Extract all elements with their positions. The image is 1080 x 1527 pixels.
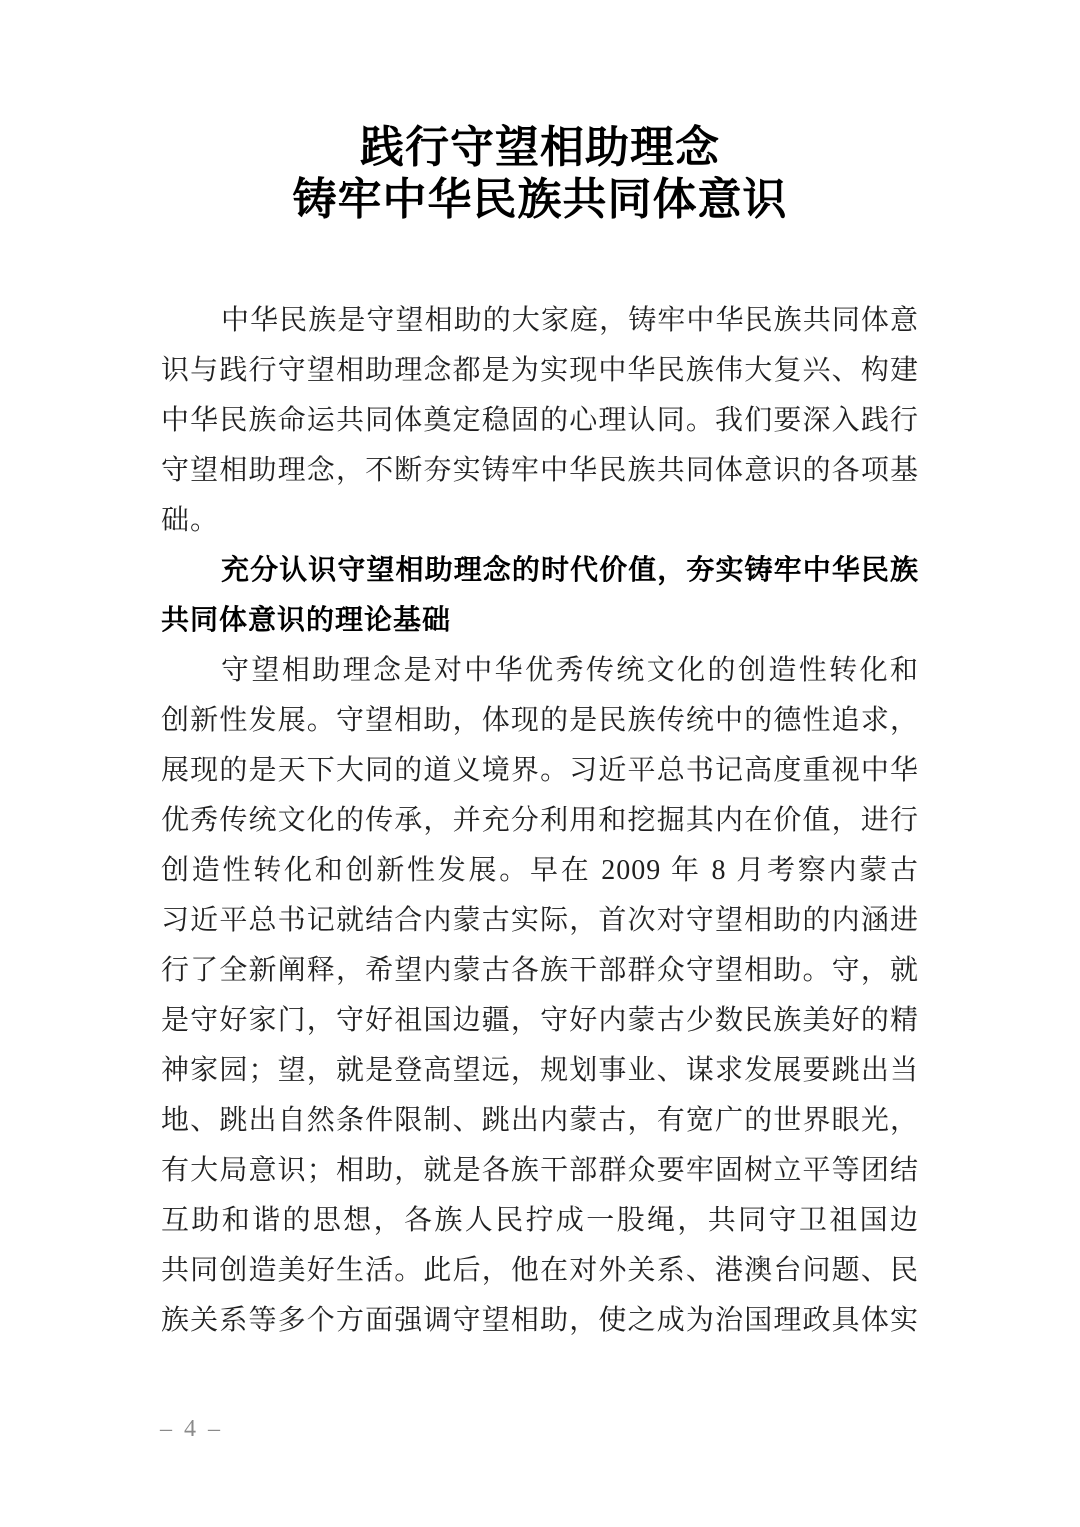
subheading-line: 充分认识守望相助理念的时代价值，夯实铸牢中华民族: [161, 546, 919, 596]
paragraph-line: 守望相助理念，不断夯实铸牢中华民族共同体意识的各项基: [161, 446, 919, 496]
page-number: – 4 –: [160, 1416, 223, 1442]
title-line-1: 践行守望相助理念: [0, 122, 1080, 174]
subheading-line: 共同体意识的理论基础: [161, 596, 919, 646]
document-page: 践行守望相助理念 铸牢中华民族共同体意识 中华民族是守望相助的大家庭，铸牢中华民…: [0, 0, 1080, 1527]
paragraph-line: 中华民族命运共同体奠定稳固的心理认同。我们要深入践行: [161, 396, 919, 446]
paragraph-line: 共同创造美好生活。此后，他在对外关系、港澳台问题、民: [161, 1246, 919, 1296]
section-subheading: 充分认识守望相助理念的时代价值，夯实铸牢中华民族 共同体意识的理论基础: [161, 546, 919, 646]
paragraph-line: 守望相助理念是对中华优秀传统文化的创造性转化和: [161, 646, 919, 696]
paragraph-line: 展现的是天下大同的道义境界。习近平总书记高度重视中华: [161, 746, 919, 796]
paragraph-line: 习近平总书记就结合内蒙古实际，首次对守望相助的内涵进: [161, 896, 919, 946]
page-footer: – 4 –: [160, 1412, 223, 1446]
document-title: 践行守望相助理念 铸牢中华民族共同体意识: [0, 122, 1080, 226]
paragraph-line: 族关系等多个方面强调守望相助，使之成为治国理政具体实: [161, 1296, 919, 1346]
paragraph-line: 创新性发展。守望相助，体现的是民族传统中的德性追求，: [161, 696, 919, 746]
document-body: 中华民族是守望相助的大家庭，铸牢中华民族共同体意 识与践行守望相助理念都是为实现…: [161, 296, 919, 1346]
paragraph-line: 优秀传统文化的传承，并充分利用和挖掘其内在价值，进行: [161, 796, 919, 846]
paragraph-line: 有大局意识；相助，就是各族干部群众要牢固树立平等团结: [161, 1146, 919, 1196]
paragraph-line: 识与践行守望相助理念都是为实现中华民族伟大复兴、构建: [161, 346, 919, 396]
paragraph-line: 是守好家门，守好祖国边疆，守好内蒙古少数民族美好的精: [161, 996, 919, 1046]
paragraph-line: 中华民族是守望相助的大家庭，铸牢中华民族共同体意: [161, 296, 919, 346]
paragraph-line: 创造性转化和创新性发展。早在 2009 年 8 月考察内蒙古时，: [161, 846, 919, 896]
paragraph-line: 础。: [161, 496, 919, 546]
paragraph-section-body: 守望相助理念是对中华优秀传统文化的创造性转化和 创新性发展。守望相助，体现的是民…: [161, 646, 919, 1346]
title-line-2: 铸牢中华民族共同体意识: [0, 174, 1080, 226]
paragraph-line: 行了全新阐释，希望内蒙古各族干部群众守望相助。守，就: [161, 946, 919, 996]
paragraph-line: 神家园；望，就是登高望远，规划事业、谋求发展要跳出当: [161, 1046, 919, 1096]
paragraph-line: 互助和谐的思想，各族人民拧成一股绳，共同守卫祖国边疆，: [161, 1196, 919, 1246]
paragraph-line: 地、跳出自然条件限制、跳出内蒙古，有宽广的世界眼光，: [161, 1096, 919, 1146]
paragraph-intro: 中华民族是守望相助的大家庭，铸牢中华民族共同体意 识与践行守望相助理念都是为实现…: [161, 296, 919, 546]
